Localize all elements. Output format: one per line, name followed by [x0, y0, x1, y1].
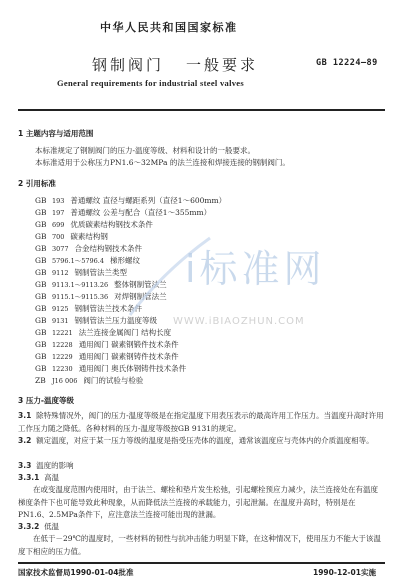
reference-item: ZBJ16 006阀门的试验与检验 [35, 375, 143, 386]
clause-3-3: 3.3 温度的影响 [18, 460, 385, 473]
section-3-heading: 3 压力-温度等级 [18, 395, 74, 406]
reference-item: GB12230通用阀门 奥氏体钢铸件技术条件 [35, 363, 186, 374]
clause-3-3-2-text: 在低于－29℃的温度时，一些材料的韧性与抗冲击能力明显下降，在这种情况下，使用压… [18, 533, 385, 558]
document-title-en: General requirements for industrial stee… [57, 78, 244, 88]
standard-organization: 中华人民共和国国家标准 [100, 19, 238, 35]
reference-item: GB197普通螺纹 公差与配合（直径1～355mm） [35, 207, 211, 218]
clause-3-3-1-text: 在或变温度范围内使用时，由于法兰、螺栓和垫片发生松弛，引起螺栓预应力减少，法兰连… [18, 484, 385, 522]
reference-item: GB193普通螺纹 直径与螺距系列（直径1～600mm） [35, 195, 226, 206]
clause-3-2: 3.2 额定温度，对应于某一压力等级的温度是指受压壳体的温度，通常该温度应与壳体… [18, 435, 385, 448]
document-title-cn: 钢制阀门一般要求 [92, 54, 258, 75]
section-1-heading: 1 主题内容与适用范围 [18, 128, 93, 139]
reference-item: GB12228通用阀门 碳素钢锻件技术条件 [35, 339, 179, 350]
standard-number: GB 12224—89 [316, 58, 378, 68]
approval-date: 国家技术监督局1990-01-04批准 [18, 567, 133, 578]
reference-item: GB12229通用阀门 碳素钢铸件技术条件 [35, 351, 179, 362]
header-divider [18, 109, 385, 111]
clause-3-3-1-heading: 3.3.1 高温 [18, 472, 385, 485]
clause-3-3-2-heading: 3.3.2 低温 [18, 521, 385, 534]
section-1-line2: 本标准适用于公称压力PN1.6～32MPa 的法兰连接和焊接连接的钢制阀门。 [35, 157, 290, 168]
title-part2: 一般要求 [186, 56, 258, 74]
effective-date: 1990-12-01实施 [313, 567, 376, 578]
watermark-url: WWW.iBIAOZHUN.COM [173, 316, 305, 327]
reference-item: GB700碳素结构钢 [35, 231, 108, 242]
clause-3-1: 3.1 除特殊情况外，阀门的压力-温度等级是在指定温度下用表压表示的最高许用工作… [18, 410, 385, 435]
footer-divider [18, 562, 385, 564]
title-part1: 钢制阀门 [92, 56, 164, 74]
section-2-heading: 2 引用标准 [18, 178, 56, 189]
reference-item: GB12221法兰连接金属阀门 结构长度 [35, 327, 171, 338]
reference-item: GB699优质碳素结构钢技术条件 [35, 219, 153, 230]
reference-item: GB9112钢制管法兰类型 [35, 267, 127, 278]
watermark-brand: i标准网 [185, 238, 326, 293]
section-1-line1: 本标准规定了钢制阀门的压力-温度等级、材料和设计的一般要求。 [35, 145, 255, 156]
